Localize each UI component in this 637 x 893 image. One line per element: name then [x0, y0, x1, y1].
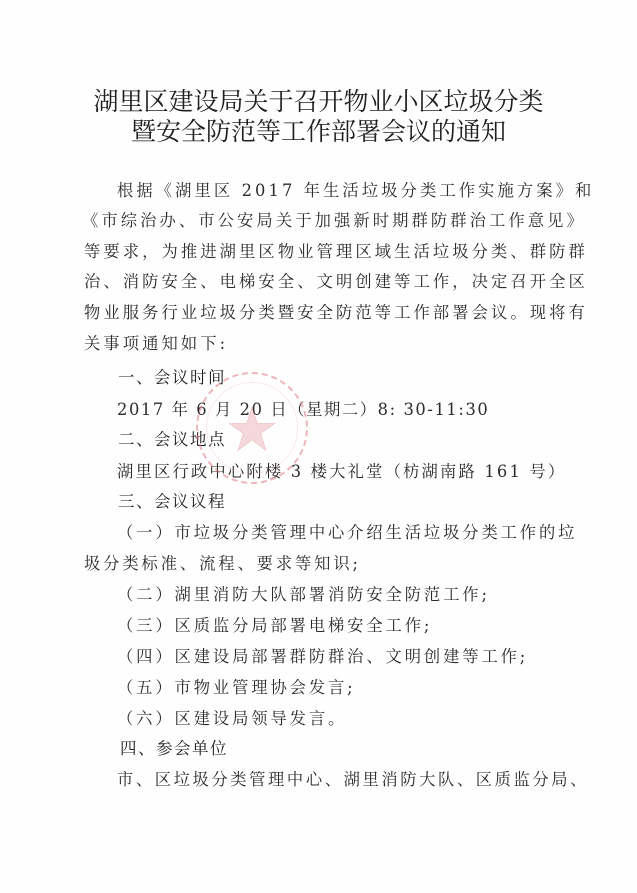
section-heading-location: 二、会议地点 — [118, 429, 226, 451]
agenda-item: 圾分类标准、流程、要求等知识; — [84, 553, 361, 575]
document-title-line-2: 暨安全防范等工作部署会议的通知 — [0, 117, 637, 147]
intro-line: 关事项通知如下: — [84, 333, 228, 355]
agenda-item: （六）区建设局领导发言。 — [117, 708, 347, 730]
intro-line: 等要求，为推进湖里区物业管理区域生活垃圾分类、群防群 — [84, 241, 588, 263]
section-heading-attendees: 四、参会单位 — [120, 738, 228, 760]
intro-line: 根据《湖里区 2017 年生活垃圾分类工作实施方案》和 — [117, 180, 594, 202]
document-page: 湖里区建设局关于召开物业小区垃圾分类 暨安全防范等工作部署会议的通知 根据《湖里… — [0, 0, 637, 893]
document-title-line-1: 湖里区建设局关于召开物业小区垃圾分类 — [0, 87, 637, 117]
intro-line: 物业服务行业垃圾分类暨安全防范等工作部署会议。现将有 — [84, 302, 588, 324]
agenda-item: （三）区质监分局部署电梯安全工作; — [117, 615, 432, 637]
section-heading-agenda: 三、会议议程 — [118, 491, 226, 513]
agenda-item: （一）市垃圾分类管理中心介绍生活垃圾分类工作的垃 — [117, 522, 577, 544]
meeting-location: 湖里区行政中心附楼 3 楼大礼堂（枋湖南路 161 号） — [117, 461, 566, 483]
agenda-item: （二）湖里消防大队部署消防安全防范工作; — [117, 584, 490, 606]
intro-line: 《市综治办、市公安局关于加强新时期群防群治工作意见》 — [82, 210, 586, 232]
intro-line: 治、消防安全、电梯安全、文明创建等工作，决定召开全区 — [84, 271, 588, 293]
agenda-item: （四）区建设局部署群防群治、文明创建等工作; — [117, 646, 528, 668]
meeting-time: 2017 年 6 月 20 日（星期二）8: 30-11:30 — [117, 399, 489, 421]
attendee-units: 市、区垃圾分类管理中心、湖里消防大队、区质监分局、 — [117, 769, 589, 791]
agenda-item: （五）市物业管理协会发言; — [117, 677, 356, 699]
section-heading-time: 一、会议时间 — [118, 367, 226, 389]
